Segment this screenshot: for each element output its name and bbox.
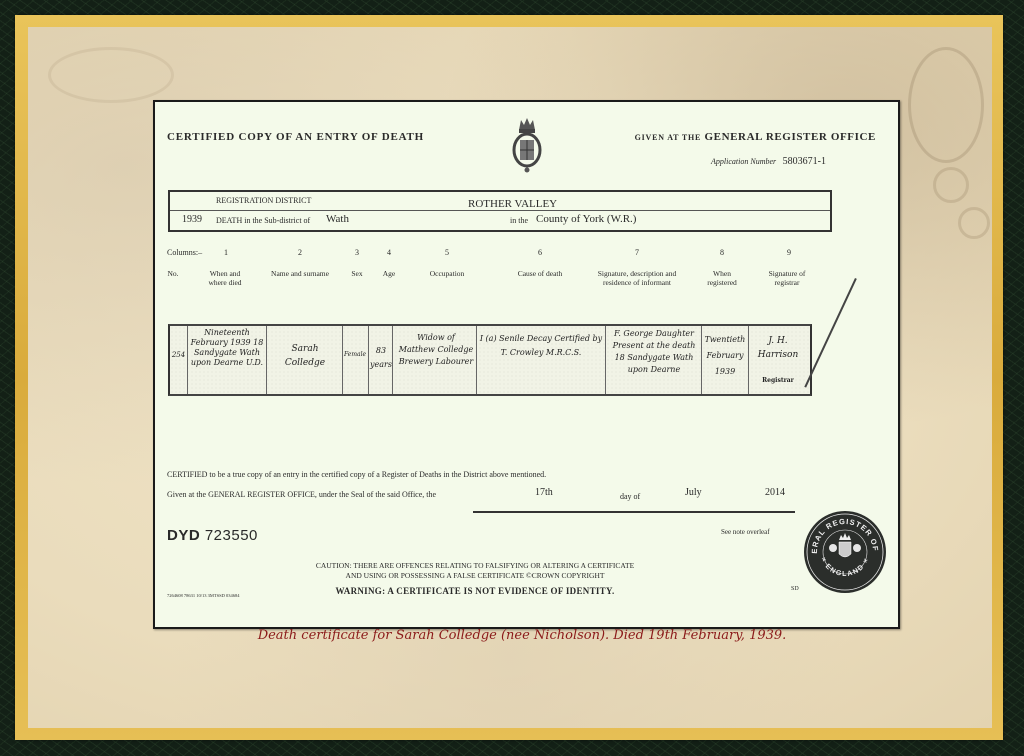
entry-registrar-signature: J. H. Harrison [750, 334, 806, 362]
column-number: 1 [224, 248, 228, 257]
death-certificate: CERTIFIED COPY OF AN ENTRY OF DEATH GIVE… [153, 100, 900, 629]
column-header: Name and surname [265, 269, 335, 278]
registration-year: 1939 [182, 214, 202, 225]
column-number: 8 [720, 248, 724, 257]
column-number: 7 [635, 248, 639, 257]
signature-line [473, 511, 795, 513]
column-divider [342, 326, 343, 394]
identity-warning: WARNING: A CERTIFICATE IS NOT EVIDENCE O… [275, 586, 675, 596]
column-divider [392, 326, 393, 394]
column-header: Sex [345, 269, 369, 278]
column-divider [748, 326, 749, 394]
entry-name: Sarah Colledge [270, 342, 340, 370]
certificate-title: CERTIFIED COPY OF AN ENTRY OF DEATH [167, 131, 424, 143]
decorative-swirl [48, 47, 174, 103]
columns-label: Columns:– [167, 248, 202, 257]
column-header: When registered [701, 269, 743, 287]
entry-when-where: Nineteenth February 1939 18 Sandygate Wa… [189, 328, 265, 368]
cancel-stroke [804, 278, 856, 387]
entry-when-registered: Twentieth February 1939 [702, 332, 748, 380]
certified-statement: CERTIFIED to be a true copy of an entry … [167, 470, 546, 479]
gold-frame: CERTIFIED COPY OF AN ENTRY OF DEATH GIVE… [15, 15, 1003, 740]
column-divider [368, 326, 369, 394]
decorative-swirl [933, 167, 969, 203]
given-at-header: GIVEN AT THE GENERAL REGISTER OFFICE [635, 131, 876, 143]
entry-occupation: Widow of Matthew Colledge Brewery Labour… [398, 332, 474, 368]
entry-age: 83 years [370, 344, 392, 372]
serial-number: DYD 723550 [167, 527, 258, 544]
death-entry-row: 254 Nineteenth February 1939 18 Sandygat… [168, 324, 812, 396]
application-number: Application Number 5803671-1 [711, 156, 826, 167]
column-header: Signature of registrar [759, 269, 815, 287]
subdistrict-label: DEATH in the Sub-district of [216, 216, 310, 225]
column-header: Occupation [417, 269, 477, 278]
column-number: 5 [445, 248, 449, 257]
column-number: 3 [355, 248, 359, 257]
royal-crest-icon [511, 116, 543, 176]
county-value: County of York (W.R.) [536, 213, 636, 225]
column-divider [187, 326, 188, 394]
district-label: REGISTRATION DISTRICT [216, 196, 311, 205]
print-code: 7264608 78631 10/13 3MTSSD 034684 [167, 593, 240, 598]
column-header: Cause of death [505, 269, 575, 278]
issue-year: 2014 [765, 487, 785, 498]
column-header: Signature, description and residence of … [587, 269, 687, 287]
entry-number: 254 [170, 350, 187, 360]
subdistrict-value: Wath [326, 213, 349, 225]
divider [170, 210, 830, 211]
day-of-label: day of [620, 492, 640, 501]
certificate-caption: Death certificate for Sarah Colledge (ne… [28, 628, 1016, 643]
column-header: Age [379, 269, 399, 278]
registration-district-box: REGISTRATION DISTRICT ROTHER VALLEY 1939… [168, 190, 832, 232]
entry-cause-of-death: I (a) Senile Decay Certified by T. Crowl… [478, 332, 604, 360]
entry-registrar-title: Registrar [750, 376, 806, 386]
entry-informant: F. George Daughter Present at the death … [608, 328, 700, 376]
issue-month: July [685, 487, 702, 498]
sd-mark: SD [791, 586, 799, 592]
column-number: 6 [538, 248, 542, 257]
column-number: 2 [298, 248, 302, 257]
given-statement: Given at the GENERAL REGISTER OFFICE, un… [167, 490, 436, 499]
issue-day: 17th [535, 487, 553, 498]
county-label: in the [510, 216, 528, 225]
entry-sex: Female [342, 350, 368, 360]
parchment-background: CERTIFIED COPY OF AN ENTRY OF DEATH GIVE… [28, 27, 992, 728]
decorative-swirl [908, 47, 984, 163]
column-header: No. [163, 269, 183, 278]
decorative-swirl [958, 207, 990, 239]
see-note-overleaf: See note overleaf [721, 528, 770, 536]
column-divider [476, 326, 477, 394]
column-divider [605, 326, 606, 394]
column-header: When and where died [203, 269, 247, 287]
column-number: 4 [387, 248, 391, 257]
column-number: 9 [787, 248, 791, 257]
district-value: ROTHER VALLEY [468, 198, 557, 210]
gro-seal-icon: GENERAL REGISTER OFFICE × ENGLAND × [803, 510, 887, 594]
column-divider [266, 326, 267, 394]
caution-text: CAUTION: THERE ARE OFFENCES RELATING TO … [275, 561, 675, 581]
